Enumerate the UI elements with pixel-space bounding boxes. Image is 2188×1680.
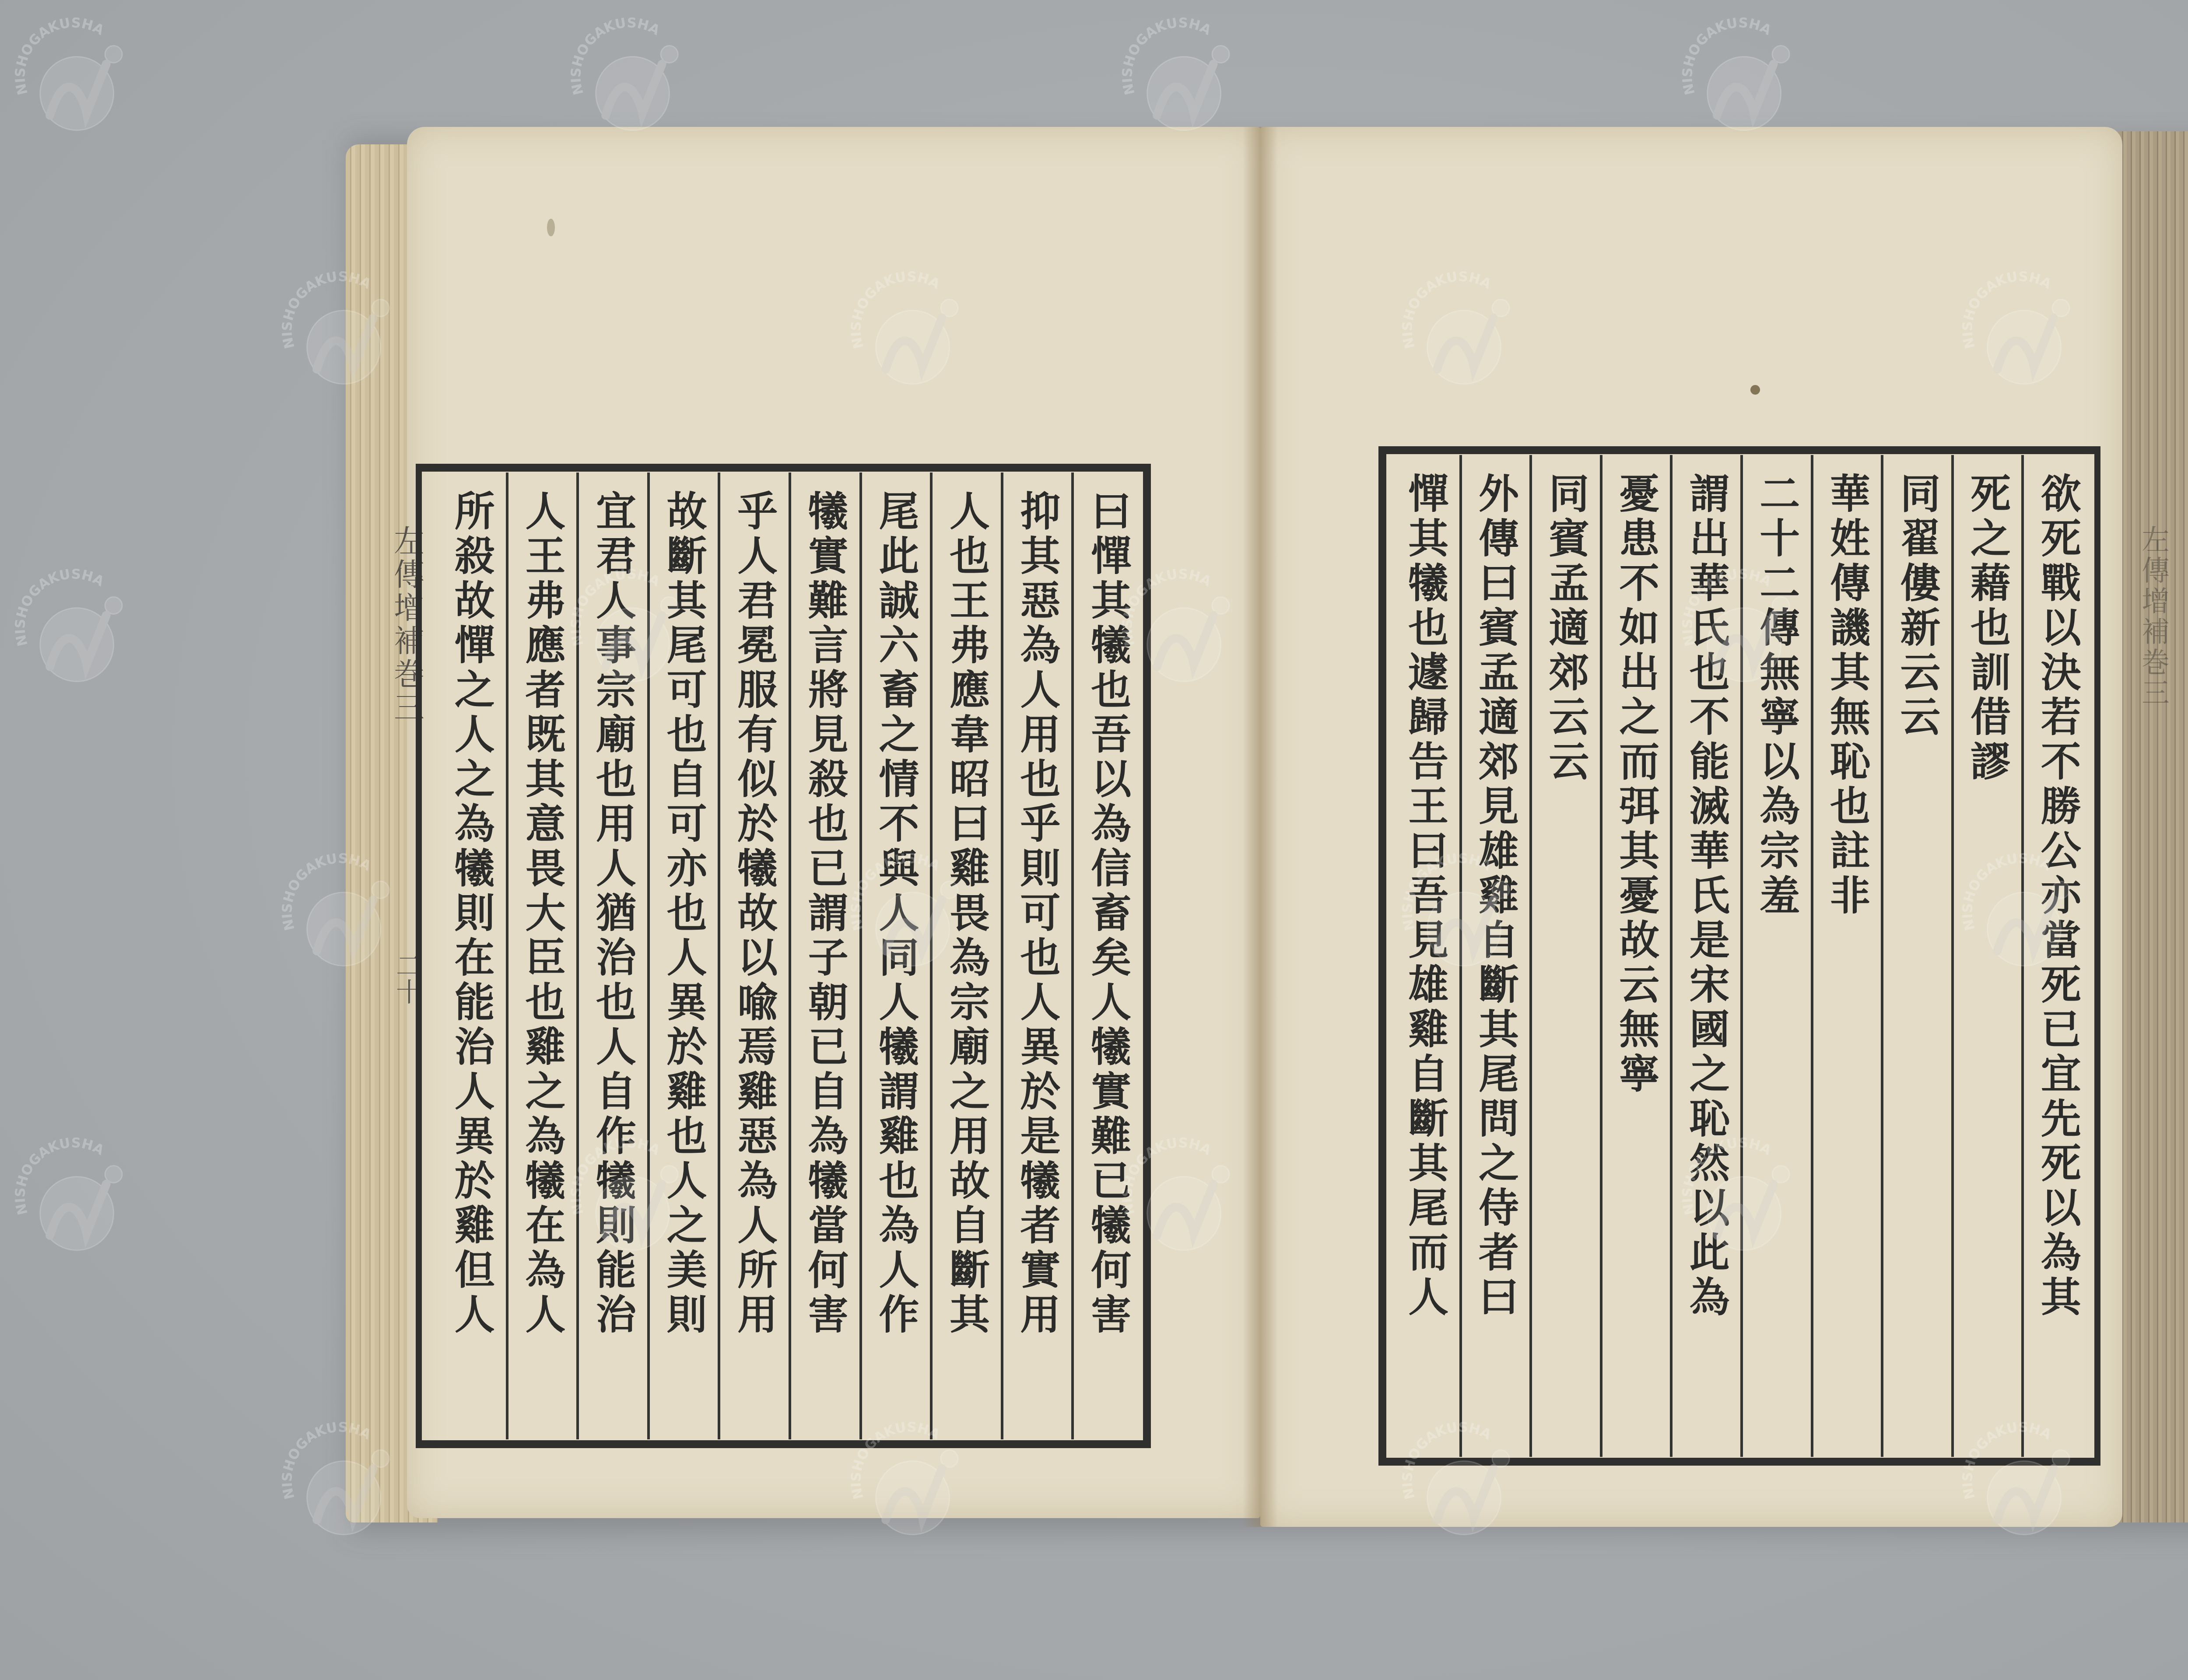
column-text: 人王弗應者既其意畏大臣也雞之為犧在為人 — [522, 490, 562, 1439]
text-column: 人王弗應者既其意畏大臣也雞之為犧在為人 — [506, 472, 577, 1439]
nishogakusha-logo-icon: NISHOGAKUSHA — [569, 1137, 691, 1260]
nishogakusha-logo-icon: NISHOGAKUSHA — [1120, 17, 1243, 140]
text-column: 同翟僂新云云 — [1881, 455, 1951, 1457]
nishogakusha-logo-icon: NISHOGAKUSHA — [1960, 1422, 2083, 1544]
nishogakusha-logo-icon: NISHOGAKUSHA — [1120, 569, 1243, 691]
fore-edge-title-right: 左傳增補巻三 — [2133, 525, 2173, 744]
book-gutter — [1243, 127, 1278, 1527]
paper-speck — [1750, 385, 1760, 395]
nishogakusha-logo-icon: NISHOGAKUSHA — [280, 853, 403, 976]
text-column: 憂患不如出之而弭其憂故云無寧 — [1600, 455, 1670, 1457]
column-text: 犧實難言將見殺也已謂子朝已自為犧當何害 — [805, 490, 845, 1439]
nishogakusha-logo-icon: NISHOGAKUSHA — [280, 1422, 403, 1544]
nishogakusha-logo-icon: NISHOGAKUSHA — [13, 1137, 136, 1260]
nishogakusha-logo-icon: NISHOGAKUSHA — [1680, 569, 1803, 691]
left-page-text-columns: 曰憚其犧也吾以為信畜矣人犧實難已犧何害 抑其惡為人用也乎則可也人異於是犧者實用 … — [438, 472, 1142, 1439]
nishogakusha-logo-icon: NISHOGAKUSHA — [1400, 271, 1523, 394]
nishogakusha-logo-icon: NISHOGAKUSHA — [849, 853, 971, 976]
column-text: 華姓傳譏其無恥也註非 — [1827, 472, 1867, 1457]
text-column: 同賓孟適郊云云 — [1529, 455, 1600, 1457]
text-column: 抑其惡為人用也乎則可也人異於是犧者實用 — [1001, 472, 1072, 1439]
column-text: 乎人君冕服有似於犧故以喩焉雞惡為人所用 — [734, 490, 775, 1439]
nishogakusha-logo-icon: NISHOGAKUSHA — [1400, 1422, 1523, 1544]
column-text: 所殺故憚之人之為犧則在能治人異於雞但人 — [452, 490, 492, 1439]
nishogakusha-logo-icon: NISHOGAKUSHA — [849, 1422, 971, 1544]
paper-stain — [547, 219, 555, 236]
nishogakusha-logo-icon: NISHOGAKUSHA — [1960, 853, 2083, 976]
text-column: 華姓傳譏其無恥也註非 — [1811, 455, 1881, 1457]
nishogakusha-logo-icon: NISHOGAKUSHA — [569, 17, 691, 140]
nishogakusha-logo-icon: NISHOGAKUSHA — [280, 271, 403, 394]
nishogakusha-logo-icon: NISHOGAKUSHA — [1400, 853, 1523, 976]
nishogakusha-logo-icon: NISHOGAKUSHA — [1120, 1137, 1243, 1260]
nishogakusha-logo-icon: NISHOGAKUSHA — [13, 569, 136, 691]
nishogakusha-logo-icon: NISHOGAKUSHA — [569, 569, 691, 691]
nishogakusha-logo-icon: NISHOGAKUSHA — [1680, 1137, 1803, 1260]
column-text: 同賓孟適郊云云 — [1546, 472, 1586, 1457]
text-column: 所殺故憚之人之為犧則在能治人異於雞但人 — [438, 472, 506, 1439]
column-text: 抑其惡為人用也乎則可也人異於是犧者實用 — [1017, 490, 1058, 1439]
fore-edge-label-right: 左傳增補巻三 — [2114, 525, 2188, 744]
text-column: 乎人君冕服有似於犧故以喩焉雞惡為人所用 — [718, 472, 789, 1439]
nishogakusha-logo-icon: NISHOGAKUSHA — [1960, 271, 2083, 394]
right-page-stack — [2118, 131, 2188, 1522]
nishogakusha-logo-icon: NISHOGAKUSHA — [849, 271, 971, 394]
column-text: 同翟僂新云云 — [1897, 472, 1938, 1457]
nishogakusha-logo-icon: NISHOGAKUSHA — [1680, 17, 1803, 140]
column-text: 憂患不如出之而弭其憂故云無寧 — [1616, 472, 1656, 1457]
nishogakusha-logo-icon: NISHOGAKUSHA — [13, 17, 136, 140]
